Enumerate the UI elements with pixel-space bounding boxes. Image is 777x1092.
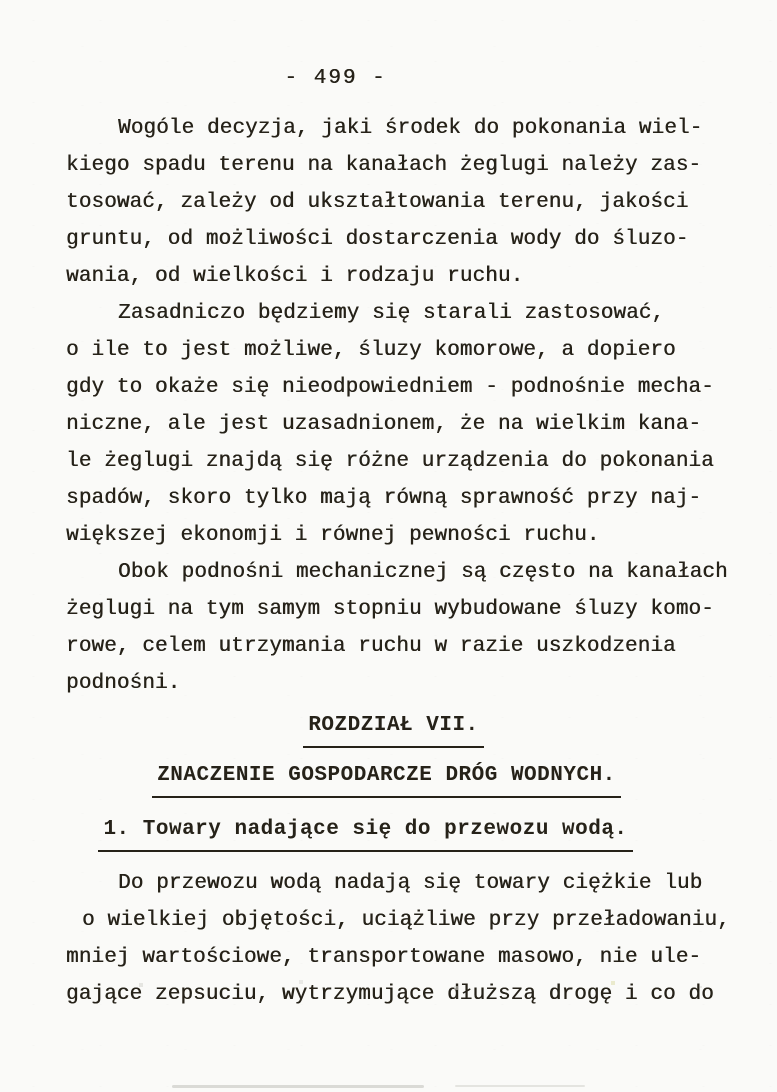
section-heading-row: 1. Towary nadające się do przewozu wodą.	[66, 811, 721, 852]
text-line: żeglugi na tym samym stopniu wybudowane …	[66, 591, 721, 628]
text-line: o wielkiej objętości, uciążliwe przy prz…	[66, 902, 721, 939]
text-line: większej ekonomji i równej pewności ruch…	[66, 517, 721, 554]
text-line: podnośni.	[66, 665, 721, 702]
text-line: Do przewozu wodą nadają się towary ciężk…	[66, 865, 721, 902]
chapter-heading-row: ROZDZIAŁ VII.	[66, 707, 721, 748]
paragraph-2: Zasadniczo będziemy się starali zastosow…	[66, 295, 721, 554]
paragraph-1: Wogóle decyzja, jaki środek do pokonania…	[66, 110, 721, 295]
chapter-subtitle-heading: ZNACZENIE GOSPODARCZE DRÓG WODNYCH.	[152, 757, 621, 798]
text-line: Zasadniczo będziemy się starali zastosow…	[66, 295, 721, 332]
scan-smudge	[172, 1085, 424, 1088]
section-heading: 1. Towary nadające się do przewozu wodą.	[98, 811, 632, 852]
text-line: wania, od wielkości i rodzaju ruchu.	[66, 258, 721, 295]
text-line: Obok podnośni mechanicznej są często na …	[66, 554, 721, 591]
text-line: tosować, zależy od ukształtowania terenu…	[66, 184, 721, 221]
chapter-subtitle-row: ZNACZENIE GOSPODARCZE DRÓG WODNYCH.	[66, 757, 721, 798]
text-line: kiego spadu terenu na kanałach żeglugi n…	[66, 147, 721, 184]
text-line: niczne, ale jest uzasadnionem, że na wie…	[66, 406, 721, 443]
paragraph-4: Do przewozu wodą nadają się towary ciężk…	[66, 865, 721, 1013]
text-line: o ile to jest możliwe, śluzy komorowe, a…	[66, 332, 721, 369]
page-number: - 499 -	[8, 60, 663, 97]
text-line: gające zepsuciu, wytrzymujące dłuższą dr…	[66, 976, 721, 1013]
text-line: mniej wartościowe, transportowane masowo…	[66, 939, 721, 976]
paragraph-3: Obok podnośni mechanicznej są często na …	[66, 554, 721, 702]
text-line: rowe, celem utrzymania ruchu w razie usz…	[66, 628, 721, 665]
text-line: spadów, skoro tylko mają równą sprawność…	[66, 480, 721, 517]
scan-speckles	[0, 0, 2, 2]
text-line: le żeglugi znajdą się różne urządzenia d…	[66, 443, 721, 480]
scanned-document-page: - 499 - Wogóle decyzja, jaki środek do p…	[0, 0, 777, 1092]
text-line: gdy to okaże się nieodpowiedniem - podno…	[66, 369, 721, 406]
chapter-heading: ROZDZIAŁ VII.	[303, 707, 483, 748]
text-line: gruntu, od możliwości dostarczenia wody …	[66, 221, 721, 258]
scan-smudge	[455, 1085, 585, 1087]
text-line: Wogóle decyzja, jaki środek do pokonania…	[66, 110, 721, 147]
